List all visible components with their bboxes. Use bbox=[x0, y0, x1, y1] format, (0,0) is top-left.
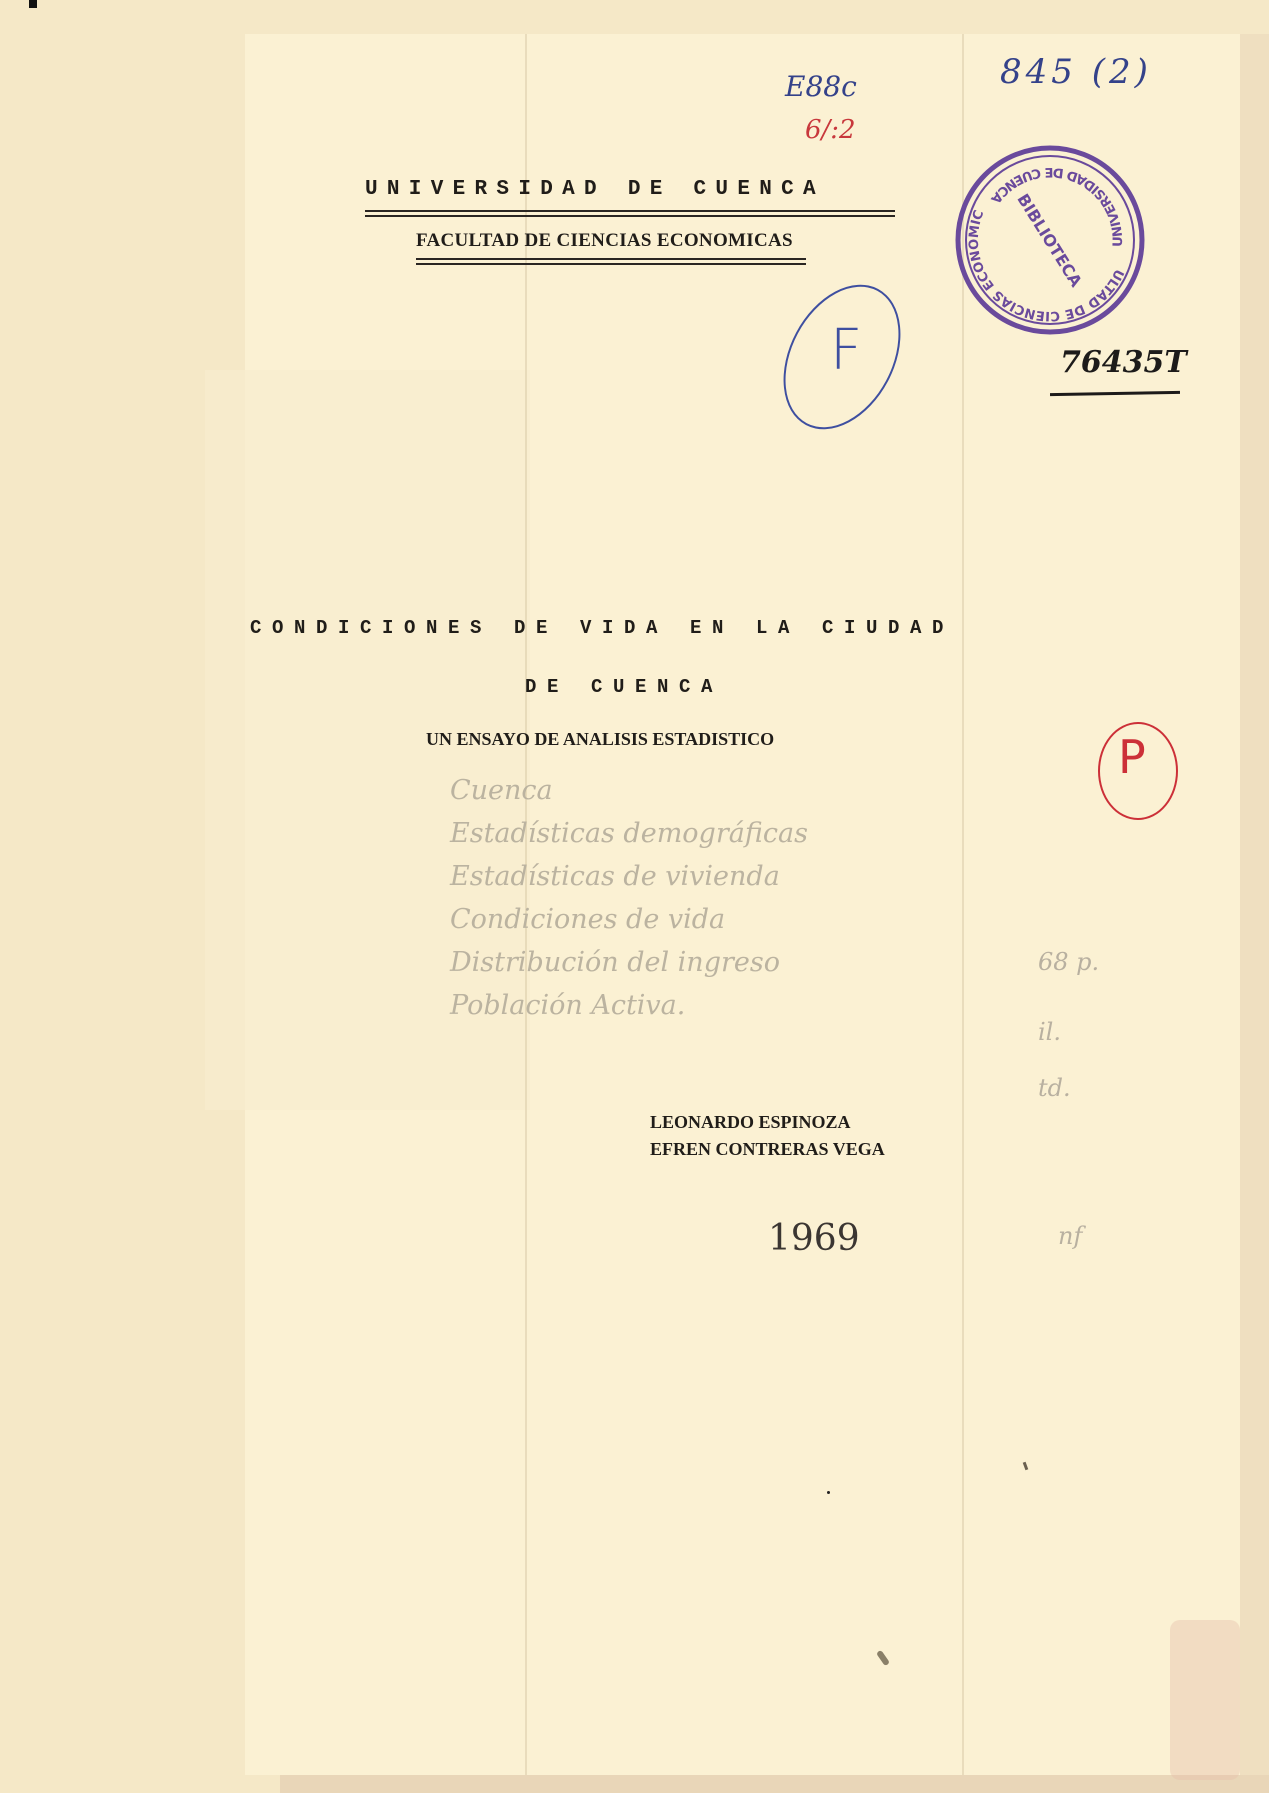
title-line-1: CONDICIONES DE VIDA EN LA CIUDAD bbox=[250, 617, 954, 639]
pencil-illustrations: il. bbox=[1038, 1018, 1061, 1046]
subtitle: UN ENSAYO DE ANALISIS ESTADISTICO bbox=[426, 729, 774, 750]
call-number-red: 6/:2 bbox=[805, 115, 856, 145]
pencil-initials: nf bbox=[1058, 1222, 1082, 1250]
scan-corner-mark bbox=[29, 0, 37, 8]
paper-edge-bottom bbox=[280, 1775, 1269, 1793]
faculty-name: FACULTAD DE CIENCIAS ECONOMICAS bbox=[416, 230, 793, 252]
pencil-subject: Distribución del ingreso bbox=[450, 947, 808, 990]
svg-text:BIBLIOTECA: BIBLIOTECA bbox=[1013, 190, 1086, 291]
pencil-pages: 68 p. bbox=[1038, 948, 1099, 976]
handwritten-year: 1969 bbox=[768, 1218, 860, 1259]
pencil-subject-list: Cuenca Estadísticas demográficas Estadís… bbox=[450, 775, 808, 1033]
double-underline bbox=[416, 258, 806, 265]
circled-letter-p-glyph: P bbox=[1118, 730, 1146, 784]
author-name: LEONARDO ESPINOZA bbox=[650, 1112, 851, 1133]
call-number-handwritten: E88c bbox=[785, 70, 857, 103]
institution-name: UNIVERSIDAD DE CUENCA bbox=[365, 178, 825, 201]
circled-letter-f-glyph: F bbox=[830, 318, 862, 383]
pencil-tables: td. bbox=[1038, 1074, 1071, 1102]
pencil-subject: Estadísticas de vivienda bbox=[450, 861, 808, 904]
ink-speck bbox=[827, 1491, 830, 1494]
double-underline bbox=[365, 210, 895, 217]
pencil-subject: Condiciones de vida bbox=[450, 904, 808, 947]
accession-number: 76435T bbox=[1060, 345, 1187, 380]
paper-edge-right bbox=[1240, 34, 1269, 1793]
paper-stain bbox=[1170, 1620, 1240, 1780]
author-name: EFREN CONTRERAS VEGA bbox=[650, 1139, 885, 1160]
title-line-2: DE CUENCA bbox=[525, 676, 723, 698]
library-stamp-icon: FACULTAD DE CIENCIAS ECONOMICAS UNIVERSI… bbox=[950, 140, 1150, 340]
pencil-subject: Población Activa. bbox=[450, 990, 808, 1033]
pencil-subject: Estadísticas demográficas bbox=[450, 818, 808, 861]
shelf-code: 845 (2) bbox=[1000, 52, 1152, 92]
pencil-subject: Cuenca bbox=[450, 775, 808, 818]
